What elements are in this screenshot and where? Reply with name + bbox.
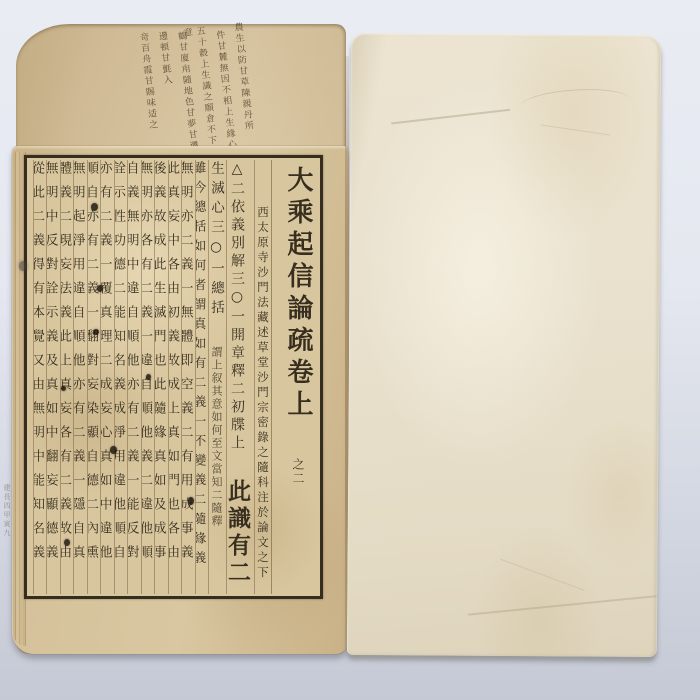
upper-leaf-annotations: 農生以防甘草陳親丹所 件甘麓無因不相上生緣心 五十縠上生識之願倉不下甘意 鶴甘廈…	[115, 20, 258, 165]
text-column: 無明亦二義一無體即空義二有用成事義	[181, 160, 195, 594]
ink-blot	[146, 374, 151, 380]
volume-title-column: 大乘起信論疏卷上 之二	[271, 160, 317, 594]
attribution-column: 西太原寺沙門法藏述草堂沙門宗密錄之隨科注於論文之下	[254, 160, 271, 594]
text-column: 雖今總括如何者謂真如有二義一不變義二隨緣義	[195, 160, 209, 594]
volume-part-label: 之二	[291, 458, 305, 486]
text-column: 從此二義得有本覺又由無明中能知名義	[33, 160, 47, 594]
woodblock-text-frame: 大乘起信論疏卷上 之二 西太原寺沙門法藏述草堂沙門宗密錄之隨科注於論文之下 △二…	[24, 155, 323, 599]
paper-crease	[541, 124, 610, 135]
smudge-mark	[19, 261, 27, 271]
vertical-text-block: 大乘起信論疏卷上 之二 西太原寺沙門法藏述草堂沙門宗密錄之隨科注於論文之下 △二…	[30, 160, 317, 594]
text-column: 順自亦有二義一翻對妄染顯自德二內熏	[87, 160, 101, 594]
ink-blot	[188, 497, 194, 505]
photo-of-open-book: 農生以防甘草陳親丹所 件甘麓無因不相上生緣心 五十縠上生識之願倉不下甘意 鶴甘廈…	[0, 0, 700, 700]
ink-blot	[64, 539, 70, 546]
ink-blot	[110, 446, 117, 454]
section-heading: △二依義別解三○一開章釋二初牒上	[229, 161, 245, 453]
text-column: 無明中反對詮示義及真如中翻妄顯德義	[46, 160, 60, 594]
text-column: 自義無明中違自順他亦有二義一能反對	[127, 160, 141, 594]
paper-crease	[391, 109, 510, 124]
text-column: 生滅心三○一總括 謂上叙其意如何至文當知二隨釋	[208, 160, 226, 594]
text-column: 無明起淨用違自順他亦有二義一隱自真	[73, 160, 87, 594]
fore-edge-note: 建長四甲寅九	[2, 484, 12, 556]
ink-blot	[93, 329, 99, 335]
paper-crease	[500, 559, 585, 591]
text-column: △二依義別解三○一開章釋二初牒上 此識有二種義 此義	[226, 160, 254, 594]
text-column: 體義二現妄法義此上真妄各有二義故由	[60, 160, 74, 594]
text-column: 詮示性功德二能知名義成淨用違他順自	[114, 160, 128, 594]
blank-right-page	[347, 33, 661, 657]
section-heading: 生滅心三○一總括	[208, 161, 224, 320]
paper-crease	[468, 595, 657, 615]
volume-title: 大乘起信論疏卷上	[283, 166, 313, 422]
text-column: 後義故成此生滅門也此隨緣真如及成事	[154, 160, 168, 594]
ink-blot	[61, 386, 66, 391]
ink-blot	[91, 203, 98, 211]
text-column: 亦有二義一覆真理二成妄心真如中違他	[100, 160, 114, 594]
interlinear-note: 謂上叙其意如何至文當知二隨釋	[210, 346, 223, 528]
ink-blot	[97, 285, 103, 292]
paper-fiber-mark	[520, 86, 631, 120]
text-column: 此真妄中各由初義故成上真如門也各由	[168, 160, 182, 594]
